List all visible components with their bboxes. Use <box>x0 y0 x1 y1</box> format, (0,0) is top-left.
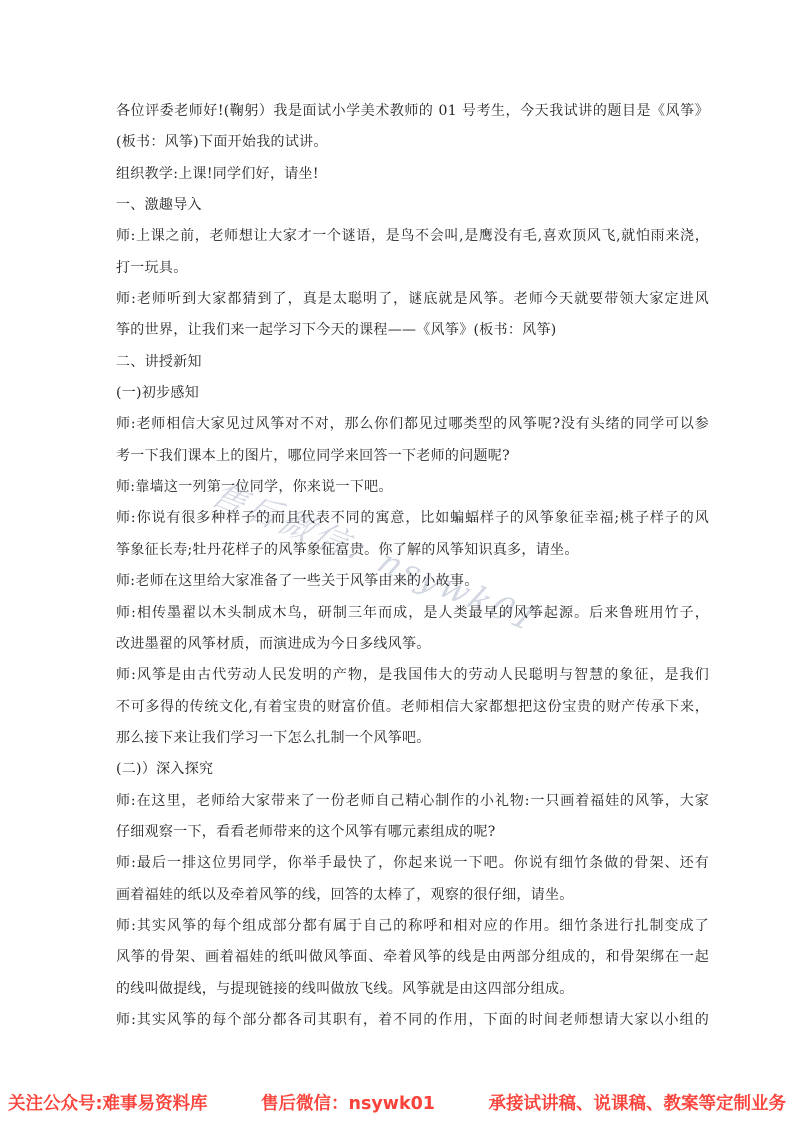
lesson-script-text-column: 各位评委老师好!(鞠躬）我是面试小学美术教师的 01 号考生，今天我试讲的题目是… <box>116 96 709 1036</box>
text-line-4: 一、激趣导入 <box>116 190 709 221</box>
text-line-17: 师:相传墨翟以木头制成木鸟，研制三年而成，是人类最早的风筝起源。后来鲁班用竹子， <box>116 598 709 629</box>
text-line-7: 师:老师听到大家都猜到了，真是太聪明了，谜底就是风筝。老师今天就要带领大家定进风 <box>116 284 709 315</box>
text-line-19: 师:风筝是由古代劳动人民发明的产物，是我国伟大的劳动人民聪明与智慧的象征，是我们 <box>116 660 709 691</box>
text-line-23: 师:在这里，老师给大家带来了一份老师自己精心制作的小礼物:一只画着福娃的风筝，大… <box>116 786 709 817</box>
text-line-13: 师:靠墙这一列第一位同学，你来说一下吧。 <box>116 472 709 503</box>
text-line-29: 的线叫做提线，与提现链接的线叫做放飞线。风筝就是由这四部分组成。 <box>116 974 709 1005</box>
text-line-22: (二)）深入探究 <box>116 754 709 785</box>
text-line-21: 那么接下来让我们学习一下怎么扎制一个风筝吧。 <box>116 723 709 754</box>
text-line-28: 风筝的骨架、画着福娃的纸叫做风筝面、牵着风筝的线是由两部分组成的，和骨架绑在一起 <box>116 942 709 973</box>
text-line-18: 改进墨翟的风筝材质，而演进成为今日多线风筝。 <box>116 629 709 660</box>
footer-services-label: 承接试讲稿、说课稿、教案等定制业务 <box>488 1090 786 1115</box>
text-line-24: 仔细观察一下，看看老师带来的这个风筝有哪元素组成的呢? <box>116 817 709 848</box>
text-line-25: 师:最后一排这位男同学，你举手最快了，你起来说一下吧。你说有细竹条做的骨架、还有 <box>116 848 709 879</box>
text-line-15: 筝象征长寿;牡丹花样子的风筝象征富贵。你了解的风筝知识真多，请坐。 <box>116 535 709 566</box>
footer-wechat-label: 售后微信：nsywk01 <box>261 1090 435 1115</box>
text-line-2: (板书：风筝)下面开始我的试讲。 <box>116 127 709 158</box>
text-line-20: 不可多得的传统文化,有着宝贵的财富价值。老师相信大家都想把这份宝贵的财产传承下来… <box>116 692 709 723</box>
text-line-12: 考一下我们课本上的图片，哪位同学来回答一下老师的问题呢? <box>116 441 709 472</box>
text-line-8: 筝的世界，让我们来一起学习下今天的课程——《风筝》(板书：风筝) <box>116 315 709 346</box>
text-line-6: 打一玩具。 <box>116 253 709 284</box>
text-line-11: 师:老师相信大家见过风筝对不对，那么你们都见过哪类型的风筝呢?没有头绪的同学可以… <box>116 409 709 440</box>
text-line-5: 师:上课之前，老师想让大家才一个谜语，是鸟不会叫,是鹰没有毛,喜欢顶风飞,就怕雨… <box>116 221 709 252</box>
text-line-3: 组织教学:上课!同学们好，请坐! <box>116 159 709 190</box>
text-line-9: 二、讲授新知 <box>116 347 709 378</box>
footer-public-account-label: 关注公众号:难事易资料库 <box>8 1090 208 1115</box>
text-line-10: (一)初步感知 <box>116 378 709 409</box>
text-line-16: 师:老师在这里给大家准备了一些关于风筝由来的小故事。 <box>116 566 709 597</box>
text-line-30: 师:其实风筝的每个部分都各司其职有，着不同的作用，下面的时间老师想请大家以小组的 <box>116 1005 709 1036</box>
text-line-14: 师:你说有很多种样子的而且代表不同的寓意，比如蝙蝠样子的风筝象征幸福;桃子样子的… <box>116 503 709 534</box>
document-page: 售后微信：nsywk01 各位评委老师好!(鞠躬）我是面试小学美术教师的 01 … <box>0 0 793 1122</box>
text-line-1: 各位评委老师好!(鞠躬）我是面试小学美术教师的 01 号考生，今天我试讲的题目是… <box>116 96 709 127</box>
promo-footer: 关注公众号:难事易资料库 售后微信：nsywk01 承接试讲稿、说课稿、教案等定… <box>8 1090 786 1115</box>
text-line-27: 师:其实风筝的每个组成部分都有属于自己的称呼和相对应的作用。细竹条进行扎制变成了 <box>116 911 709 942</box>
text-line-26: 画着福娃的纸以及牵着风筝的线，回答的太棒了，观察的很仔细，请坐。 <box>116 880 709 911</box>
